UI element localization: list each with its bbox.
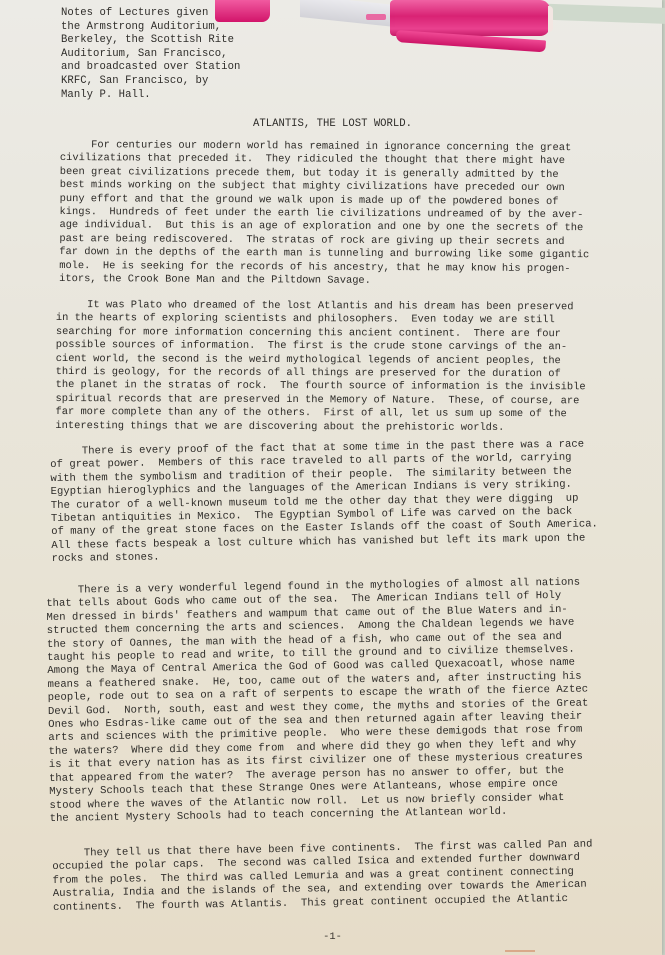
- background-sheet: [440, 0, 665, 24]
- paper-smudge: [505, 950, 535, 952]
- header-line: Berkeley, the Scottish Rite: [61, 34, 240, 48]
- text-line: interesting things that we are discoveri…: [55, 420, 585, 436]
- paragraph-2: It was Plato who dreamed of the lost Atl…: [55, 299, 586, 435]
- paragraph-3: There is every proof of the fact that at…: [50, 438, 598, 566]
- header-line: Manly P. Hall.: [61, 89, 240, 103]
- page-number: -1-: [0, 931, 665, 943]
- header-line: and broadcasted over Station: [61, 61, 240, 75]
- header-line: KRFC, San Francisco, by: [61, 75, 240, 89]
- paragraph-1: For centuries our modern world has remai…: [59, 139, 590, 290]
- header-line: Notes of Lectures given in: [61, 7, 240, 21]
- paragraph-4: There is a very wonderful legend found i…: [46, 577, 590, 827]
- header-line: Auditorium, San Francisco,: [61, 48, 240, 62]
- document-title: ATLANTIS, THE LOST WORLD.: [0, 118, 665, 130]
- lecture-notes-header: Notes of Lectures given inthe Armstrong …: [61, 7, 240, 102]
- document-page: Notes of Lectures given inthe Armstrong …: [0, 0, 662, 955]
- header-line: the Armstrong Auditorium,: [61, 21, 240, 35]
- paragraph-5: They tell us that there have been five c…: [52, 839, 593, 915]
